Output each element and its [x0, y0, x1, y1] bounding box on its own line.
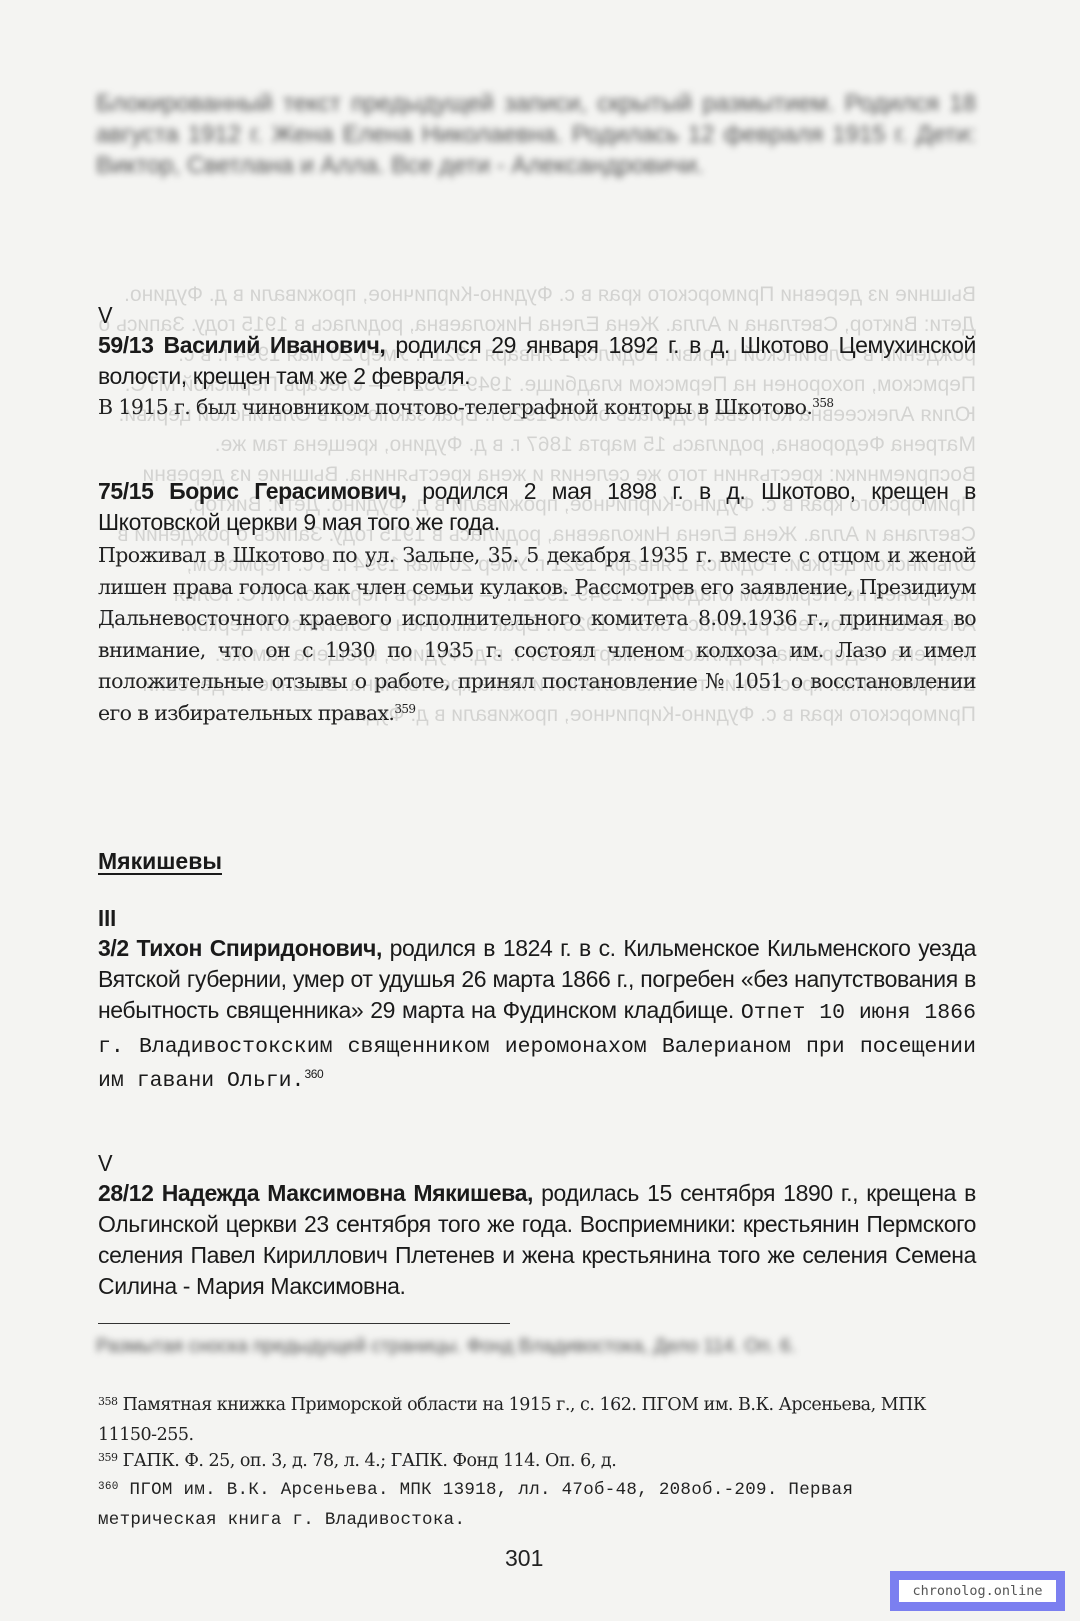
entry-heading: 59/13 Василий Иванович, — [98, 332, 385, 358]
footnote-number: 359 — [98, 1451, 118, 1464]
footnote-ref-360[interactable]: 360 — [304, 1067, 323, 1081]
footnote-359: 359 ГАПК. Ф. 25, оп. 3, д. 78, л. 4.; ГА… — [98, 1446, 978, 1476]
footnote-ref-358[interactable]: 358 — [812, 396, 833, 410]
footnote-separator — [98, 1323, 510, 1324]
person-entry-59-13: 59/13 Василий Иванович, родился 29 январ… — [98, 330, 976, 392]
entry-body-text: Проживал в Шкотово по ул. Зальпе, 35. 5 … — [98, 543, 976, 725]
document-page: Вышние из деревни Приморского края в с. … — [0, 0, 1080, 1621]
footnote-text: Памятная книжка Приморской области на 19… — [98, 1395, 926, 1445]
watermark-text: chronolog.online — [899, 1580, 1056, 1602]
entry-body-text: В 1915 г. был чиновником почтово-телегра… — [98, 395, 812, 419]
footnote-text: ГАПК. Ф. 25, оп. 3, д. 78, л. 4.; ГАПК. … — [123, 1451, 617, 1471]
watermark-badge[interactable]: chronolog.online — [890, 1571, 1065, 1611]
blurred-footnote: Размытая сноска предыдущей страницы. Фон… — [96, 1333, 976, 1361]
entry-body-75-15: Проживал в Шкотово по ул. Зальпе, 35. 5 … — [98, 540, 976, 729]
generation-marker: V — [98, 302, 113, 329]
person-entry-3-2: 3/2 Тихон Спиридонович, родился в 1824 г… — [98, 933, 976, 1097]
page-number: 301 — [505, 1545, 543, 1572]
entry-heading: 28/12 Надежда Максимовна Мякишева, — [98, 1180, 533, 1206]
entry-heading: 75/15 Борис Герасимович, — [98, 478, 407, 504]
footnote-text: ПГОМ им. В.К. Арсеньева. МПК 13918, лл. … — [98, 1480, 853, 1530]
footnote-360: 360 ПГОМ им. В.К. Арсеньева. МПК 13918, … — [98, 1475, 978, 1535]
entry-body-59-13: В 1915 г. был чиновником почтово-телегра… — [98, 392, 976, 424]
entry-heading: 3/2 Тихон Спиридонович, — [98, 935, 382, 961]
blurred-text-block: Блокированный текст предыдущей записи, с… — [96, 88, 976, 181]
footnote-ref-359[interactable]: 359 — [394, 702, 415, 716]
person-entry-28-12: 28/12 Надежда Максимовна Мякишева, родил… — [98, 1178, 976, 1302]
generation-marker: III — [98, 905, 116, 932]
generation-marker: V — [98, 1150, 113, 1177]
footnote-number: 360 — [98, 1481, 119, 1493]
footnote-358: 358 Памятная книжка Приморской области н… — [98, 1390, 978, 1450]
bleed-through-text: Вышние из деревни Приморского края в с. … — [96, 280, 976, 1570]
surname-heading: Мякишевы — [98, 848, 222, 875]
person-entry-75-15: 75/15 Борис Герасимович, родился 2 мая 1… — [98, 476, 976, 538]
footnote-number: 358 — [98, 1395, 118, 1408]
